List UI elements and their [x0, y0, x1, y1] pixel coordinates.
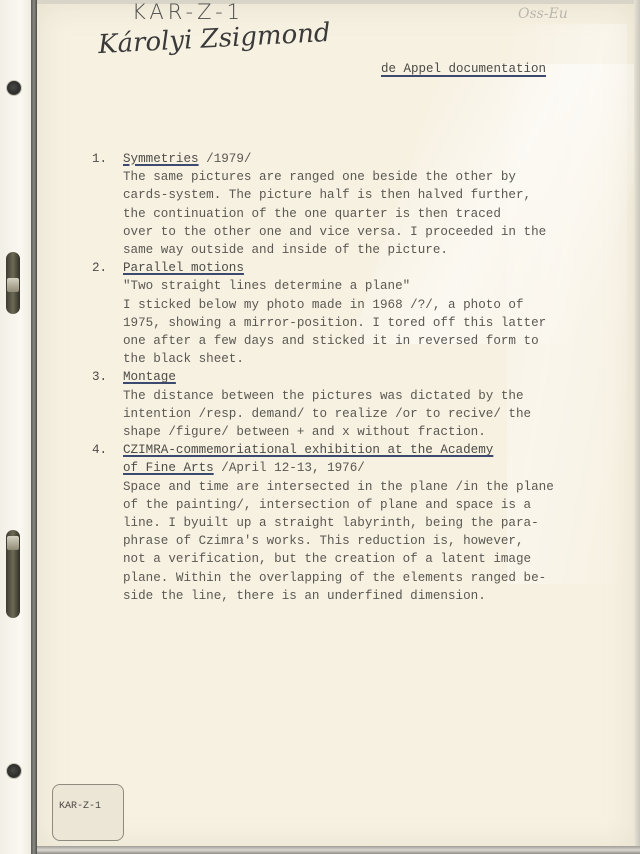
- sleeve-bottom-edge: [37, 846, 640, 854]
- list-item: 3. Montage The distance between the pict…: [92, 368, 562, 441]
- item-line: over to the other one and vice versa. I …: [123, 223, 562, 241]
- document-header-title: de Appel documentation: [381, 62, 546, 76]
- item-number: 2.: [92, 259, 123, 368]
- item-title: Montage: [123, 370, 176, 384]
- item-line: the black sheet.: [123, 350, 562, 368]
- item-line: I sticked below my photo made in 1968 /?…: [123, 296, 562, 314]
- sleeve-right-edge: [634, 0, 640, 854]
- item-line: "Two straight lines determine a plane": [123, 277, 562, 295]
- list-item: 4. CZIMRA-commemoriational exhibition at…: [92, 441, 562, 605]
- item-line: phrase of Czimra's works. This reduction…: [123, 532, 562, 550]
- item-title-line2: of Fine Arts: [123, 461, 214, 475]
- archive-label: KAR-Z-1: [52, 784, 124, 841]
- item-number: 4.: [92, 441, 123, 605]
- item-line: shape /figure/ between + and x without f…: [123, 423, 562, 441]
- item-title-suffix: /April 12-13, 1976/: [214, 461, 365, 475]
- item-line: Space and time are intersected in the pl…: [123, 478, 562, 496]
- list-item: 2. Parallel motions "Two straight lines …: [92, 259, 562, 368]
- item-number: 1.: [92, 150, 123, 259]
- item-line: The distance between the pictures was di…: [123, 387, 562, 405]
- item-title: Symmetries: [123, 152, 199, 166]
- item-line: side the line, there is an underfined di…: [123, 587, 562, 605]
- item-line: cards-system. The picture half is then h…: [123, 186, 562, 204]
- item-line: line. I byuilt up a straight labyrinth, …: [123, 514, 562, 532]
- item-line: same way outside and inside of the pictu…: [123, 241, 562, 259]
- item-title-suffix: /1979/: [199, 152, 252, 166]
- item-line: of the painting/, intersection of plane …: [123, 496, 562, 514]
- binder-clip-icon: [6, 252, 20, 314]
- punch-hole-icon: [6, 763, 22, 779]
- item-line: plane. Within the overlapping of the ele…: [123, 569, 562, 587]
- item-line: not a verification, but the creation of …: [123, 550, 562, 568]
- item-title: CZIMRA-commemoriational exhibition at th…: [123, 443, 493, 457]
- binder-clip-icon: [6, 530, 20, 618]
- typed-list: 1. Symmetries /1979/ The same pictures a…: [92, 150, 562, 605]
- item-line: 1975, showing a mirror-position. I tored…: [123, 314, 562, 332]
- item-number: 3.: [92, 368, 123, 441]
- item-line: one after a few days and sticked it in r…: [123, 332, 562, 350]
- handwritten-archive-code: KAR-Z-1: [132, 0, 244, 24]
- list-item: 1. Symmetries /1979/ The same pictures a…: [92, 150, 562, 259]
- archive-label-text: KAR-Z-1: [59, 801, 101, 812]
- item-line: The same pictures are ranged one beside …: [123, 168, 562, 186]
- item-line: intention /resp. demand/ to realize /or …: [123, 405, 562, 423]
- punch-hole-icon: [6, 80, 22, 96]
- handwritten-faint-note: Oss-Eu: [518, 6, 568, 22]
- item-line: the continuation of the one quarter is t…: [123, 205, 562, 223]
- item-title: Parallel motions: [123, 261, 244, 275]
- binder-strip: [0, 0, 34, 854]
